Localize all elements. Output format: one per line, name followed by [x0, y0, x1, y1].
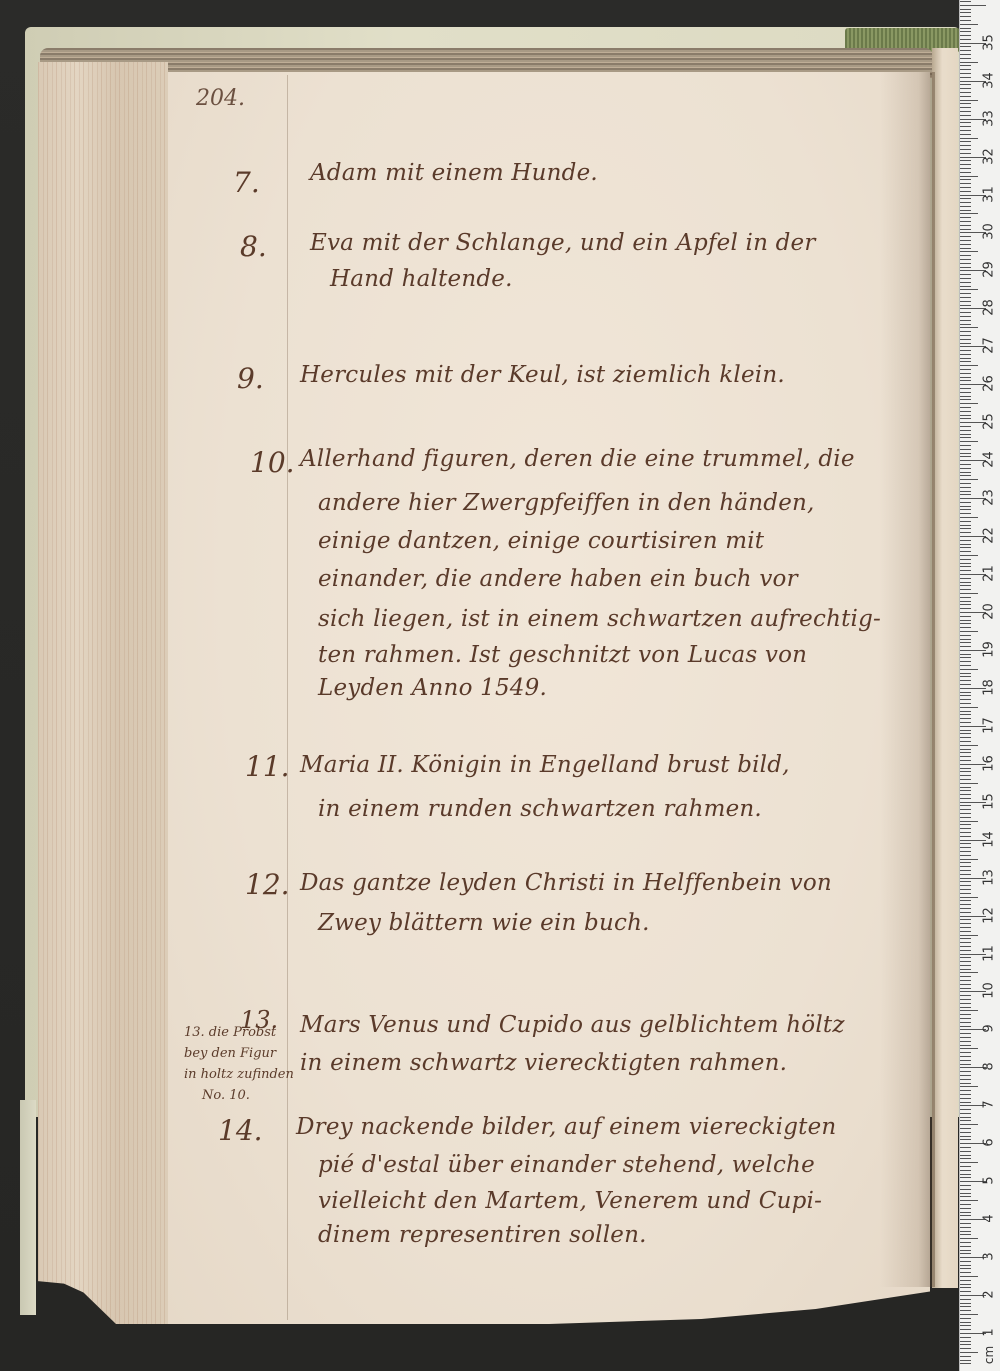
ruler-tick — [960, 1253, 971, 1254]
ruler-tick — [960, 938, 971, 939]
ruler-tick — [960, 259, 971, 260]
ruler-tick — [960, 1344, 971, 1345]
ruler-tick — [960, 1052, 971, 1053]
ruler-tick — [960, 20, 971, 21]
ruler-tick — [960, 1242, 971, 1243]
entry-line: einige dantzen, einige courtisiren mit — [318, 528, 764, 554]
ruler-tick — [960, 885, 971, 886]
ruler-tick — [960, 1033, 971, 1034]
ruler-tick — [960, 138, 978, 139]
ruler-tick — [960, 768, 971, 769]
ruler-label: 23 — [982, 487, 997, 509]
ruler-tick — [960, 601, 971, 602]
ruler-tick — [960, 5, 986, 6]
ruler-tick — [960, 559, 971, 560]
ruler-tick — [960, 1113, 971, 1114]
ruler-tick — [960, 1238, 978, 1239]
ruler-tick — [960, 1250, 971, 1251]
ruler-tick — [960, 350, 971, 351]
ruler-tick — [960, 1090, 971, 1091]
ruler-tick — [960, 741, 971, 742]
entry-line: Maria II. Königin in Engelland brust bil… — [300, 752, 790, 778]
ruler-tick — [960, 525, 971, 526]
ruler-tick — [960, 62, 978, 63]
ruler-tick — [960, 745, 978, 746]
ruler-label: 14 — [982, 828, 997, 850]
ruler-tick — [960, 711, 971, 712]
ruler-tick — [960, 418, 971, 419]
ruler-tick — [960, 407, 971, 408]
ruler-tick — [960, 836, 971, 837]
entry-number: 8. — [240, 230, 267, 263]
entry-number: 11. — [245, 750, 290, 783]
ruler-tick — [960, 1128, 971, 1129]
ruler-tick — [960, 889, 971, 890]
ruler-tick — [960, 639, 971, 640]
ruler-tick — [960, 718, 971, 719]
ruler-tick — [960, 855, 971, 856]
ruler-tick — [960, 620, 971, 621]
entry-line: in einem schwartz vierecktigten rahmen. — [300, 1050, 787, 1076]
ruler-tick — [960, 31, 971, 32]
ruler-tick — [960, 771, 971, 772]
ruler-tick — [960, 646, 971, 647]
ruler-tick — [960, 335, 971, 336]
ruler-tick — [960, 676, 971, 677]
folio-number: 204. — [196, 86, 245, 111]
ruler-tick — [960, 130, 971, 131]
ruler-tick — [960, 263, 971, 264]
ruler-tick — [960, 1265, 971, 1266]
ruler-tick — [960, 1287, 971, 1288]
ruler-tick — [960, 278, 971, 279]
ruler-tick — [960, 532, 971, 533]
ruler-tick — [960, 1276, 978, 1277]
entry-number: 9. — [237, 362, 264, 395]
ruler-tick — [960, 168, 971, 169]
ruler-tick — [960, 976, 971, 977]
ruler-tick — [960, 665, 971, 666]
ruler-tick — [960, 859, 978, 860]
ruler-tick — [960, 229, 971, 230]
ruler-tick — [960, 1162, 978, 1163]
ruler-tick — [960, 248, 971, 249]
ruler-tick — [960, 828, 971, 829]
ruler-tick — [960, 1299, 971, 1300]
ruler-tick — [960, 1007, 971, 1008]
ruler-tick — [960, 491, 971, 492]
ruler-tick — [960, 589, 971, 590]
ruler-label: 33 — [982, 107, 997, 129]
ruler-tick — [960, 12, 971, 13]
ruler-tick — [960, 1360, 971, 1361]
ruler-tick — [960, 369, 971, 370]
ruler-tick — [960, 722, 971, 723]
ruler-tick — [960, 103, 971, 104]
entry-line: in einem runden schwartzen rahmen. — [318, 796, 762, 822]
ruler-tick — [960, 1185, 971, 1186]
ruler-tick — [960, 1196, 971, 1197]
ruler-tick — [960, 578, 971, 579]
ruler-tick — [960, 684, 971, 685]
ruler-tick — [960, 149, 971, 150]
ruler-tick — [960, 468, 971, 469]
ruler-tick — [960, 870, 971, 871]
ruler-label: 10 — [982, 980, 997, 1002]
ruler-tick — [960, 225, 971, 226]
ruler-tick — [960, 961, 971, 962]
ruler-tick — [960, 631, 978, 632]
ruler-tick — [960, 134, 971, 135]
ruler-label: 18 — [982, 676, 997, 698]
ruler-tick — [960, 28, 971, 29]
ruler-tick — [960, 695, 971, 696]
ruler-tick — [960, 593, 978, 594]
ruler-tick — [960, 881, 971, 882]
ruler-tick — [960, 513, 971, 514]
ruler-tick — [960, 198, 971, 199]
ruler-tick — [960, 187, 971, 188]
ruler-tick — [960, 692, 971, 693]
entry-line: pié d'estal über einander stehend, welch… — [318, 1152, 815, 1178]
ruler-tick — [960, 988, 971, 989]
ruler-tick — [960, 1337, 971, 1338]
ruler-tick — [960, 107, 971, 108]
ruler-tick — [960, 399, 971, 400]
ruler-tick — [960, 293, 971, 294]
ruler-tick — [960, 316, 971, 317]
ruler-label: 34 — [982, 69, 997, 91]
ruler-tick — [960, 1227, 971, 1228]
ruler-tick — [960, 92, 971, 93]
ruler-tick — [960, 1310, 971, 1311]
ruler-label: 31 — [982, 183, 997, 205]
entry-number: 12. — [245, 868, 290, 901]
entry-line: Hercules mit der Keul, ist ziemlich klei… — [300, 362, 785, 388]
ruler-tick — [960, 141, 971, 142]
ruler-tick — [960, 1045, 971, 1046]
ruler-label: 3 — [982, 1246, 997, 1268]
ruler-tick — [960, 999, 971, 1000]
ruler-tick — [960, 35, 971, 36]
ruler-tick — [960, 912, 971, 913]
ruler-tick — [960, 365, 978, 366]
ruler-tick — [960, 58, 971, 59]
ruler-label: 6 — [982, 1132, 997, 1154]
ruler-tick — [960, 1014, 971, 1015]
ruler-tick — [960, 1083, 971, 1084]
entry-number: 7. — [233, 166, 260, 199]
entry-number: 10. — [250, 446, 295, 479]
ruler-tick — [960, 623, 971, 624]
ruler-tick — [960, 779, 971, 780]
ruler-tick — [960, 396, 971, 397]
ruler-tick — [960, 957, 971, 958]
ruler-tick — [960, 1064, 971, 1065]
ruler-tick — [960, 65, 971, 66]
ruler-label: 27 — [982, 335, 997, 357]
ruler-tick — [960, 1246, 971, 1247]
ruler-tick — [960, 1268, 971, 1269]
ruler-tick — [960, 1272, 971, 1273]
ruler-tick — [960, 923, 971, 924]
ruler-tick — [960, 1139, 971, 1140]
ruler-tick — [960, 1098, 971, 1099]
ruler-tick — [960, 566, 971, 567]
ruler-tick — [960, 703, 971, 704]
ruler-tick — [960, 115, 971, 116]
ruler-tick — [960, 1170, 971, 1171]
ruler-tick — [960, 680, 971, 681]
ruler-label: 21 — [982, 563, 997, 585]
ruler-tick — [960, 673, 971, 674]
ruler-tick — [960, 904, 971, 905]
entry-number: 14. — [218, 1114, 263, 1147]
ruler-tick — [960, 415, 971, 416]
ruler-tick — [960, 642, 971, 643]
ruler-tick — [960, 608, 971, 609]
ruler-tick — [960, 555, 978, 556]
ruler-tick — [960, 1341, 971, 1342]
ruler-tick — [960, 213, 978, 214]
ruler-tick — [960, 77, 971, 78]
ruler-tick — [960, 969, 971, 970]
ruler-tick — [960, 582, 971, 583]
ruler-tick — [960, 752, 971, 753]
ruler-tick — [960, 1303, 971, 1304]
ruler-tick — [960, 1037, 971, 1038]
ruler-tick — [960, 528, 971, 529]
ruler-tick — [960, 862, 971, 863]
ruler-label: 12 — [982, 904, 997, 926]
ruler-tick — [960, 217, 971, 218]
ruler-tick — [960, 1212, 971, 1213]
ruler-tick — [960, 980, 971, 981]
ruler-tick — [960, 255, 971, 256]
ruler-label: 4 — [982, 1208, 997, 1230]
ruler-tick — [960, 358, 971, 359]
ruler-tick — [960, 654, 971, 655]
ruler-tick — [960, 509, 971, 510]
ruler-tick — [960, 798, 971, 799]
entry-line: sich liegen, ist in einem schwartzen auf… — [318, 606, 881, 632]
ruler-tick — [960, 874, 971, 875]
ruler-tick — [960, 544, 971, 545]
ruler-tick — [960, 453, 971, 454]
ruler-tick — [960, 1325, 971, 1326]
entry-line: dinem representiren sollen. — [318, 1222, 647, 1248]
ruler-tick — [960, 1056, 971, 1057]
ruler-tick — [960, 172, 971, 173]
gutter-shadow — [880, 72, 935, 1287]
ruler-tick — [960, 487, 971, 488]
ruler-tick — [960, 301, 971, 302]
ruler-tick — [960, 1041, 971, 1042]
ruler-tick — [960, 483, 971, 484]
ruler-tick — [960, 236, 971, 237]
ruler-tick — [960, 305, 971, 306]
ruler-label: 19 — [982, 638, 997, 660]
ruler-tick — [960, 821, 978, 822]
ruler-tick — [960, 445, 971, 446]
ruler-tick — [960, 657, 971, 658]
ruler-tick — [960, 965, 971, 966]
ruler-tick — [960, 1003, 971, 1004]
ruler-tick — [960, 441, 978, 442]
ruler-tick — [960, 1291, 971, 1292]
margin-rule-line — [287, 75, 288, 1320]
ruler-tick — [960, 931, 971, 932]
ruler-tick — [960, 950, 971, 951]
ruler-tick — [960, 927, 971, 928]
ruler-tick — [960, 506, 971, 507]
ruler-tick — [960, 824, 971, 825]
ruler-tick — [960, 1109, 971, 1110]
ruler-tick — [960, 984, 971, 985]
ruler-tick — [960, 46, 971, 47]
ruler-tick — [960, 1026, 971, 1027]
ruler-tick — [960, 972, 978, 973]
ruler-tick — [960, 547, 971, 548]
ruler-tick — [960, 737, 971, 738]
ruler-label: 15 — [982, 790, 997, 812]
ruler-tick — [960, 908, 971, 909]
ruler-tick — [960, 69, 971, 70]
ruler-tick — [960, 521, 971, 522]
ruler-tick — [960, 1166, 971, 1167]
ruler-tick — [960, 946, 971, 947]
ruler-tick — [960, 320, 971, 321]
ruler-tick — [960, 282, 971, 283]
ruler-tick — [960, 714, 971, 715]
ruler-label: 11 — [982, 942, 997, 964]
ruler-tick — [960, 202, 971, 203]
ruler-tick — [960, 100, 978, 101]
ruler-tick — [960, 669, 978, 670]
ruler-tick — [960, 388, 971, 389]
entry-line: Hand haltende. — [330, 266, 513, 292]
ruler-tick — [960, 1048, 978, 1049]
ruler-tick — [960, 775, 971, 776]
ruler-tick — [960, 783, 978, 784]
ruler-label: 5 — [982, 1170, 997, 1192]
entry-line: Drey nackende bilder, auf einem vierecki… — [296, 1114, 836, 1140]
ruler-tick — [960, 1204, 971, 1205]
ruler-tick — [960, 1215, 971, 1216]
ruler-tick — [960, 502, 971, 503]
ruler-tick — [960, 1284, 971, 1285]
ruler-tick — [960, 585, 971, 586]
ruler-tick — [960, 126, 971, 127]
ruler-tick — [960, 730, 971, 731]
ruler-tick — [960, 1151, 971, 1152]
entry-line: ten rahmen. Ist geschnitzt von Lucas von — [318, 642, 807, 668]
ruler-tick — [960, 1322, 971, 1323]
ruler-tick — [960, 210, 971, 211]
ruler-tick — [960, 373, 971, 374]
ruler-label: 28 — [982, 297, 997, 319]
ruler-tick — [960, 733, 971, 734]
ruler-tick — [960, 563, 971, 564]
ruler-tick — [960, 380, 971, 381]
margin-note-line: in holtz zufinden — [184, 1064, 294, 1085]
ruler-tick — [960, 1010, 978, 1011]
ruler-tick — [960, 1356, 971, 1357]
ruler-tick — [960, 805, 971, 806]
measurement-ruler: 1234567891011121314151617181920212223242… — [959, 0, 1000, 1371]
ruler-tick — [960, 1075, 971, 1076]
ruler-tick — [960, 339, 971, 340]
ruler-tick — [960, 50, 971, 51]
ruler-tick — [960, 900, 971, 901]
ruler-tick — [960, 176, 978, 177]
ruler-tick — [960, 813, 971, 814]
ruler-tick — [960, 464, 971, 465]
ruler-tick — [960, 1200, 978, 1201]
ruler-tick — [960, 39, 971, 40]
ruler-label: 25 — [982, 411, 997, 433]
ruler-tick — [960, 1158, 971, 1159]
ruler-tick — [960, 1280, 971, 1281]
ruler-tick — [960, 843, 971, 844]
ruler-tick — [960, 1094, 971, 1095]
ruler-label: 17 — [982, 714, 997, 736]
ruler-tick — [960, 16, 971, 17]
ruler-label: 26 — [982, 373, 997, 395]
ruler-tick — [960, 817, 971, 818]
ruler-tick — [960, 494, 971, 495]
ruler-tick — [960, 84, 971, 85]
ruler-tick — [960, 1071, 971, 1072]
ruler-label: 22 — [982, 525, 997, 547]
ruler-tick — [960, 635, 971, 636]
ruler-tick — [960, 9, 971, 10]
ruler-tick — [960, 597, 971, 598]
ruler-tick — [960, 790, 971, 791]
ruler-tick — [960, 1124, 978, 1125]
ruler-label: 35 — [982, 31, 997, 53]
ruler-tick — [960, 832, 971, 833]
ruler-tick — [960, 449, 971, 450]
ruler-tick — [960, 354, 971, 355]
ruler-tick — [960, 430, 971, 431]
ruler-tick — [960, 787, 971, 788]
ruler-tick — [960, 456, 971, 457]
ruler-tick — [960, 1318, 971, 1319]
ruler-tick — [960, 540, 971, 541]
ruler-tick — [960, 312, 971, 313]
ruler-tick — [960, 1102, 971, 1103]
ruler-tick — [960, 403, 978, 404]
ruler-tick — [960, 88, 971, 89]
ruler-tick — [960, 183, 971, 184]
ruler-tick — [960, 1223, 971, 1224]
ruler-tick — [960, 847, 971, 848]
ruler-tick — [960, 995, 971, 996]
ruler-tick — [960, 392, 971, 393]
ruler-tick — [960, 851, 971, 852]
ruler-tick — [960, 935, 978, 936]
ruler-tick — [960, 919, 971, 920]
entry-line: andere hier Zwergpfeiffen in den händen, — [318, 490, 815, 516]
ruler-tick — [960, 1136, 971, 1137]
ruler-tick — [960, 289, 978, 290]
ruler-tick — [960, 324, 971, 325]
margin-note-line: bey den Figur — [184, 1043, 294, 1064]
ruler-tick — [960, 1231, 971, 1232]
ruler-label: 29 — [982, 259, 997, 281]
ruler-label: 30 — [982, 221, 997, 243]
